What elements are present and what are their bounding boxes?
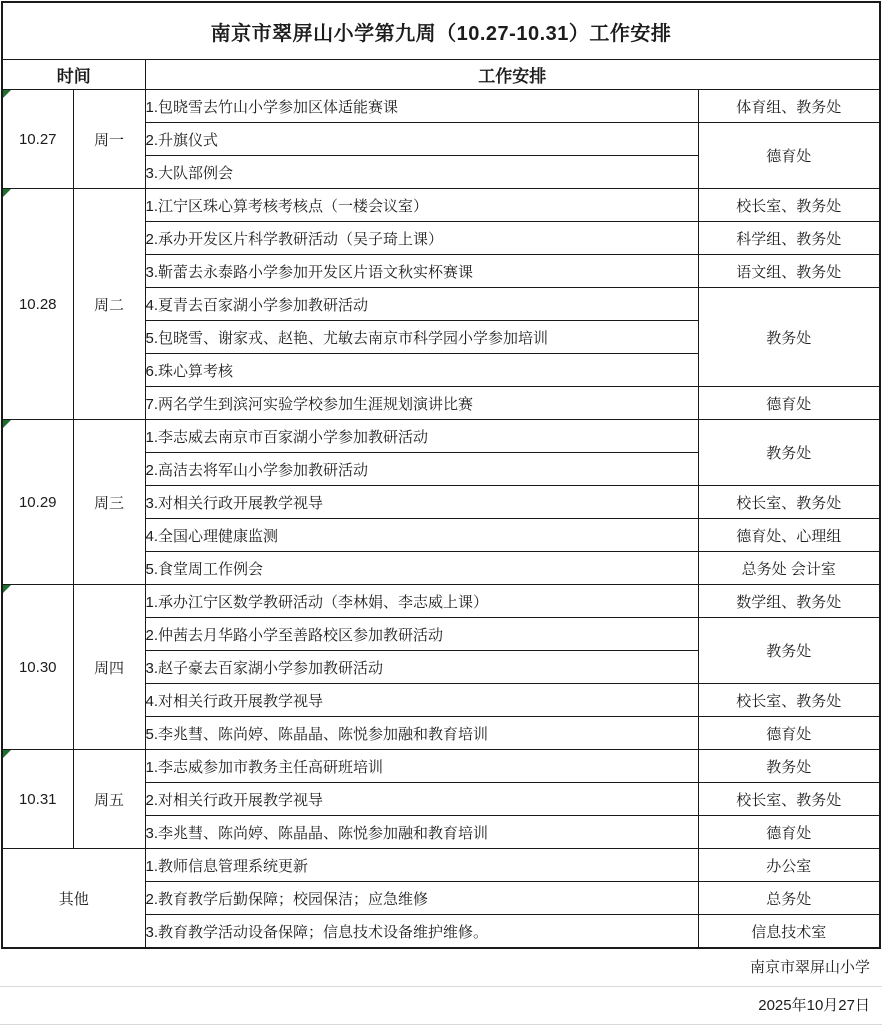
department-cell: 教务处 [698, 420, 880, 486]
task-cell: 1.教师信息管理系统更新 [145, 849, 698, 882]
weekday-cell: 周五 [73, 750, 145, 849]
department-cell: 数学组、教务处 [698, 585, 880, 618]
task-cell: 1.江宁区珠心算考核考核点（一楼会议室） [145, 189, 698, 222]
task-cell: 3.教育教学活动设备保障；信息技术设备维护维修。 [145, 915, 698, 949]
department-cell: 校长室、教务处 [698, 684, 880, 717]
table-row: 其他1.教师信息管理系统更新办公室 [2, 849, 880, 882]
task-cell: 7.两名学生到滨河实验学校参加生涯规划演讲比赛 [145, 387, 698, 420]
comment-marker-icon [3, 189, 11, 197]
column-header-time: 时间 [2, 60, 145, 90]
date-cell: 其他 [2, 849, 145, 949]
table-row: 10.28周二1.江宁区珠心算考核考核点（一楼会议室）校长室、教务处 [2, 189, 880, 222]
task-cell: 2.仲茜去月华路小学至善路校区参加教研活动 [145, 618, 698, 651]
department-cell: 信息技术室 [698, 915, 880, 949]
date-cell: 10.28 [2, 189, 73, 420]
comment-marker-icon [3, 585, 11, 593]
task-cell: 1.李志威去南京市百家湖小学参加教研活动 [145, 420, 698, 453]
task-cell: 5.包晓雪、谢家戎、赵艳、尤敏去南京市科学园小学参加培训 [145, 321, 698, 354]
task-cell: 1.李志威参加市教务主任高研班培训 [145, 750, 698, 783]
task-cell: 2.对相关行政开展教学视导 [145, 783, 698, 816]
table-row: 10.31周五1.李志威参加市教务主任高研班培训教务处 [2, 750, 880, 783]
department-cell: 校长室、教务处 [698, 189, 880, 222]
footer-date: 2025年10月27日 [0, 987, 882, 1025]
task-cell: 2.高洁去将军山小学参加教研活动 [145, 453, 698, 486]
table-row: 10.30周四1.承办江宁区数学教研活动（李林娟、李志威上课）数学组、教务处 [2, 585, 880, 618]
task-cell: 4.夏青去百家湖小学参加教研活动 [145, 288, 698, 321]
column-header-row: 时间 工作安排 [2, 60, 880, 90]
table-row: 10.29周三1.李志威去南京市百家湖小学参加教研活动教务处 [2, 420, 880, 453]
table-row: 10.27周一1.包晓雪去竹山小学参加区体适能赛课体育组、教务处 [2, 90, 880, 123]
task-cell: 4.对相关行政开展教学视导 [145, 684, 698, 717]
date-cell: 10.29 [2, 420, 73, 585]
weekly-schedule-page: 南京市翠屏山小学第九周（10.27-10.31）工作安排 时间 工作安排 10.… [0, 1, 882, 1029]
task-cell: 1.承办江宁区数学教研活动（李林娟、李志威上课） [145, 585, 698, 618]
department-cell: 教务处 [698, 288, 880, 387]
task-cell: 3.对相关行政开展教学视导 [145, 486, 698, 519]
weekday-cell: 周四 [73, 585, 145, 750]
comment-marker-icon [3, 750, 11, 758]
task-cell: 5.李兆彗、陈尚婷、陈晶晶、陈悦参加融和教育培训 [145, 717, 698, 750]
column-header-work: 工作安排 [145, 60, 880, 90]
task-cell: 3.靳蕾去永泰路小学参加开发区片语文秋实杯赛课 [145, 255, 698, 288]
comment-marker-icon [3, 90, 11, 98]
task-cell: 2.承办开发区片科学教研活动（吴子琦上课） [145, 222, 698, 255]
weekday-cell: 周一 [73, 90, 145, 189]
department-cell: 语文组、教务处 [698, 255, 880, 288]
footer: 南京市翠屏山小学 2025年10月27日 [0, 949, 882, 1025]
task-cell: 2.教育教学后勤保障；校园保洁；应急维修 [145, 882, 698, 915]
date-cell: 10.31 [2, 750, 73, 849]
task-cell: 5.食堂周工作例会 [145, 552, 698, 585]
department-cell: 德育处、心理组 [698, 519, 880, 552]
task-cell: 2.升旗仪式 [145, 123, 698, 156]
schedule-body: 10.27周一1.包晓雪去竹山小学参加区体适能赛课体育组、教务处2.升旗仪式德育… [2, 90, 880, 949]
department-cell: 体育组、教务处 [698, 90, 880, 123]
date-cell: 10.27 [2, 90, 73, 189]
page-title: 南京市翠屏山小学第九周（10.27-10.31）工作安排 [2, 2, 880, 60]
department-cell: 德育处 [698, 717, 880, 750]
task-cell: 3.大队部例会 [145, 156, 698, 189]
task-cell: 6.珠心算考核 [145, 354, 698, 387]
department-cell: 教务处 [698, 618, 880, 684]
department-cell: 德育处 [698, 387, 880, 420]
task-cell: 1.包晓雪去竹山小学参加区体适能赛课 [145, 90, 698, 123]
task-cell: 3.李兆彗、陈尚婷、陈晶晶、陈悦参加融和教育培训 [145, 816, 698, 849]
department-cell: 教务处 [698, 750, 880, 783]
task-cell: 3.赵子豪去百家湖小学参加教研活动 [145, 651, 698, 684]
weekday-cell: 周二 [73, 189, 145, 420]
department-cell: 德育处 [698, 816, 880, 849]
task-cell: 4.全国心理健康监测 [145, 519, 698, 552]
department-cell: 校长室、教务处 [698, 783, 880, 816]
schedule-table: 南京市翠屏山小学第九周（10.27-10.31）工作安排 时间 工作安排 10.… [1, 1, 881, 949]
department-cell: 校长室、教务处 [698, 486, 880, 519]
department-cell: 科学组、教务处 [698, 222, 880, 255]
date-cell: 10.30 [2, 585, 73, 750]
department-cell: 总务处 会计室 [698, 552, 880, 585]
footer-school-name: 南京市翠屏山小学 [0, 949, 882, 987]
comment-marker-icon [3, 420, 11, 428]
department-cell: 德育处 [698, 123, 880, 189]
department-cell: 办公室 [698, 849, 880, 882]
weekday-cell: 周三 [73, 420, 145, 585]
department-cell: 总务处 [698, 882, 880, 915]
title-row: 南京市翠屏山小学第九周（10.27-10.31）工作安排 [2, 2, 880, 60]
